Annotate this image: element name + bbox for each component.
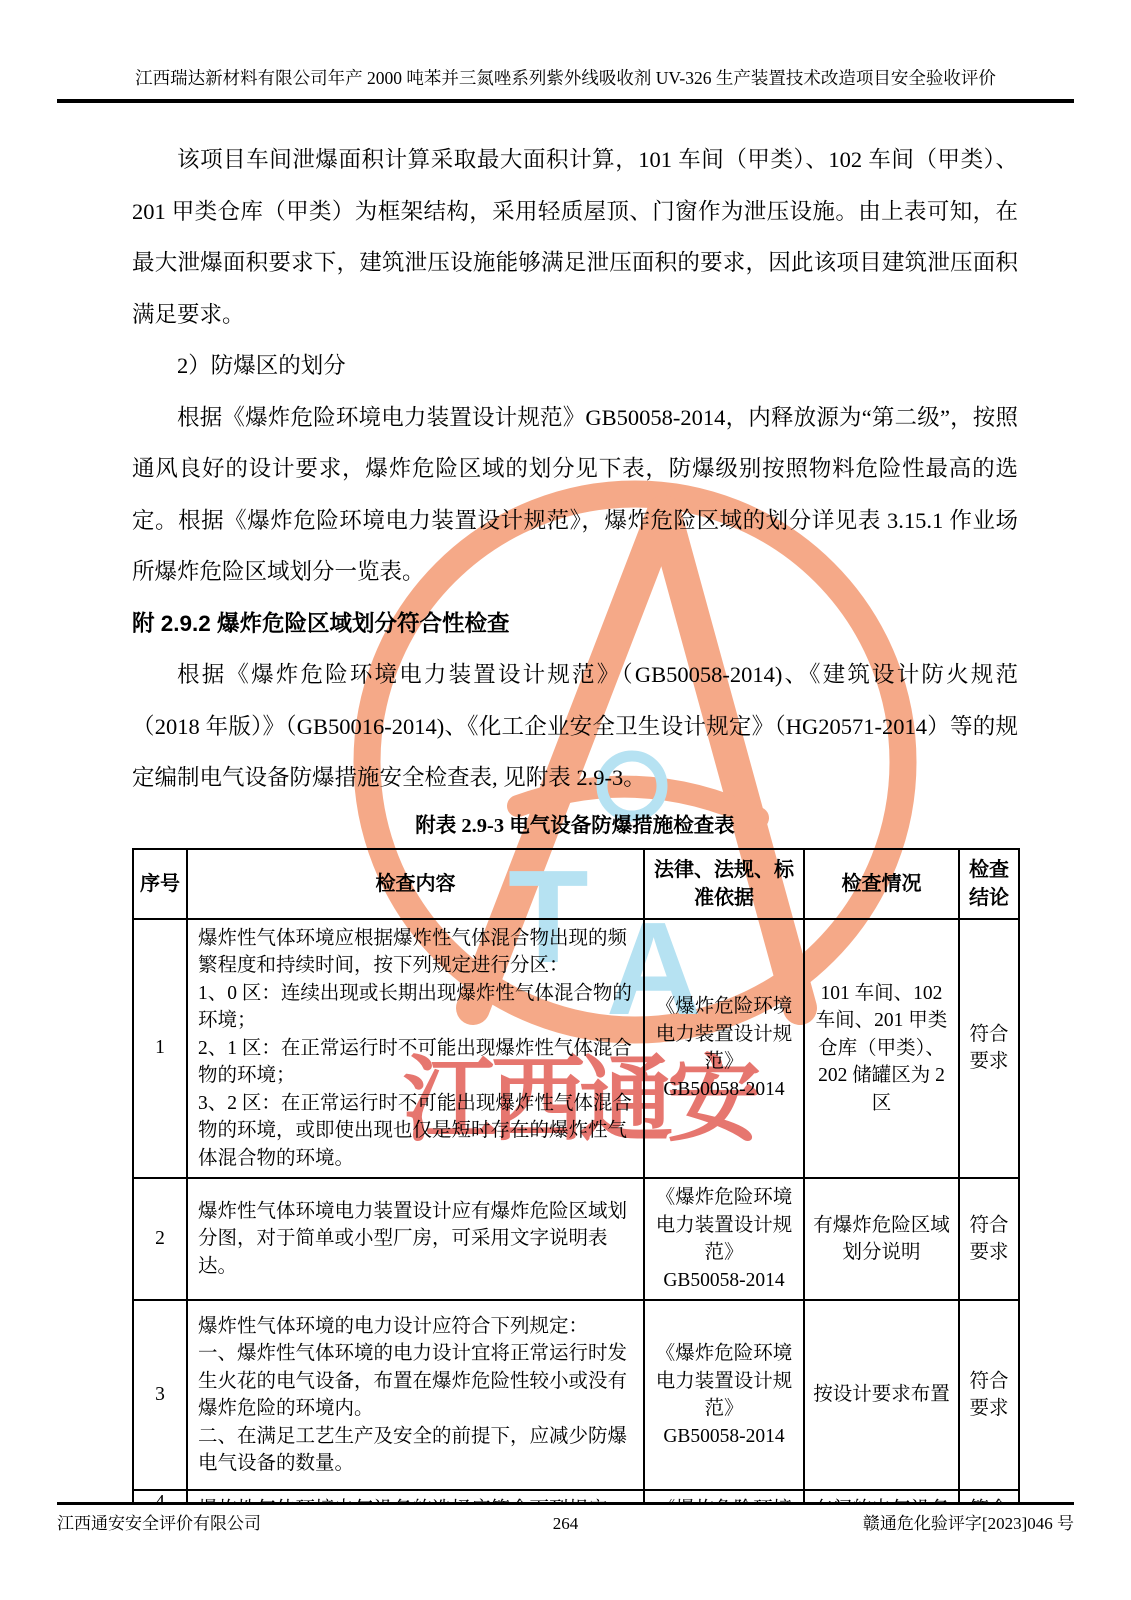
legal-basis-cell: 《爆炸危险环境电力装置设计规范》 GB50058-2014 (644, 919, 804, 1179)
page-header-title: 江西瑞达新材料有限公司年产 2000 吨苯并三氮唑系列紫外线吸收剂 UV-326… (57, 64, 1074, 103)
list-item-heading: 2）防爆区的划分 (132, 340, 1018, 392)
checklist-table: 序号 检查内容 法律、法规、标准依据 检查情况 检查结论 1 爆炸性气体环境应根… (132, 848, 1020, 1559)
row-number-cell: 2 (133, 1178, 187, 1300)
footer-page-number: 264 (57, 1512, 1074, 1536)
section-heading: 附 2.9.2 爆炸危险区域划分符合性检查 (132, 598, 1018, 650)
body-paragraph: 根据《爆炸危险环境电力装置设计规范》GB50058-2014，内释放源为“第二级… (132, 392, 1018, 598)
header-cell-no: 序号 (133, 849, 187, 919)
document-page: T A 江西通安 江西瑞达新材料有限公司年产 2000 吨苯并三氮唑系列紫外线吸… (0, 0, 1131, 1600)
header-cell-conclusion: 检查结论 (959, 849, 1019, 919)
table-header-row: 序号 检查内容 法律、法规、标准依据 检查情况 检查结论 (133, 849, 1019, 919)
check-situation-cell: 101 车间、102 车间、201 甲类仓库（甲类）、202 储罐区为 2 区 (804, 919, 959, 1179)
check-content-cell: 爆炸性气体环境应根据爆炸性气体混合物出现的频繁程度和持续时间，按下列规定进行分区… (187, 919, 644, 1179)
legal-basis-cell: 《爆炸危险环境电力装置设计规范》 GB50058-2014 (644, 1300, 804, 1490)
table-row: 2 爆炸性气体环境电力装置设计应有爆炸危险区域划分图，对于简单或小型厂房，可采用… (133, 1178, 1019, 1300)
check-content-cell: 爆炸性气体环境的电力设计应符合下列规定： 一、爆炸性气体环境的电力设计宜将正常运… (187, 1300, 644, 1490)
body-paragraph: 该项目车间泄爆面积计算采取最大面积计算，101 车间（甲类）、102 车间（甲类… (132, 134, 1018, 340)
conclusion-cell: 符合要求 (959, 1300, 1019, 1490)
check-content-cell: 爆炸性气体环境电力装置设计应有爆炸危险区域划分图，对于简单或小型厂房，可采用文字… (187, 1178, 644, 1300)
check-situation-cell: 有爆炸危险区域划分说明 (804, 1178, 959, 1300)
body-paragraph: 根据《爆炸危险环境电力装置设计规范》（GB50058-2014)、《建筑设计防火… (132, 649, 1018, 804)
page-footer: 江西通安安全评价有限公司 264 赣通危化验评字[2023]046 号 (0, 1502, 1131, 1600)
table-row: 1 爆炸性气体环境应根据爆炸性气体混合物出现的频繁程度和持续时间，按下列规定进行… (133, 919, 1019, 1179)
header-cell-situation: 检查情况 (804, 849, 959, 919)
conclusion-cell: 符合要求 (959, 1178, 1019, 1300)
check-situation-cell: 按设计要求布置 (804, 1300, 959, 1490)
table-row: 3 爆炸性气体环境的电力设计应符合下列规定： 一、爆炸性气体环境的电力设计宜将正… (133, 1300, 1019, 1490)
row-number-cell: 1 (133, 919, 187, 1179)
header-cell-basis: 法律、法规、标准依据 (644, 849, 804, 919)
header-cell-content: 检查内容 (187, 849, 644, 919)
table-caption: 附表 2.9-3 电气设备防爆措施检查表 (132, 804, 1018, 848)
document-body: 该项目车间泄爆面积计算采取最大面积计算，101 车间（甲类）、102 车间（甲类… (132, 134, 1018, 1558)
row-number-cell: 3 (133, 1300, 187, 1490)
legal-basis-cell: 《爆炸危险环境电力装置设计规范》 GB50058-2014 (644, 1178, 804, 1300)
conclusion-cell: 符合要求 (959, 919, 1019, 1179)
